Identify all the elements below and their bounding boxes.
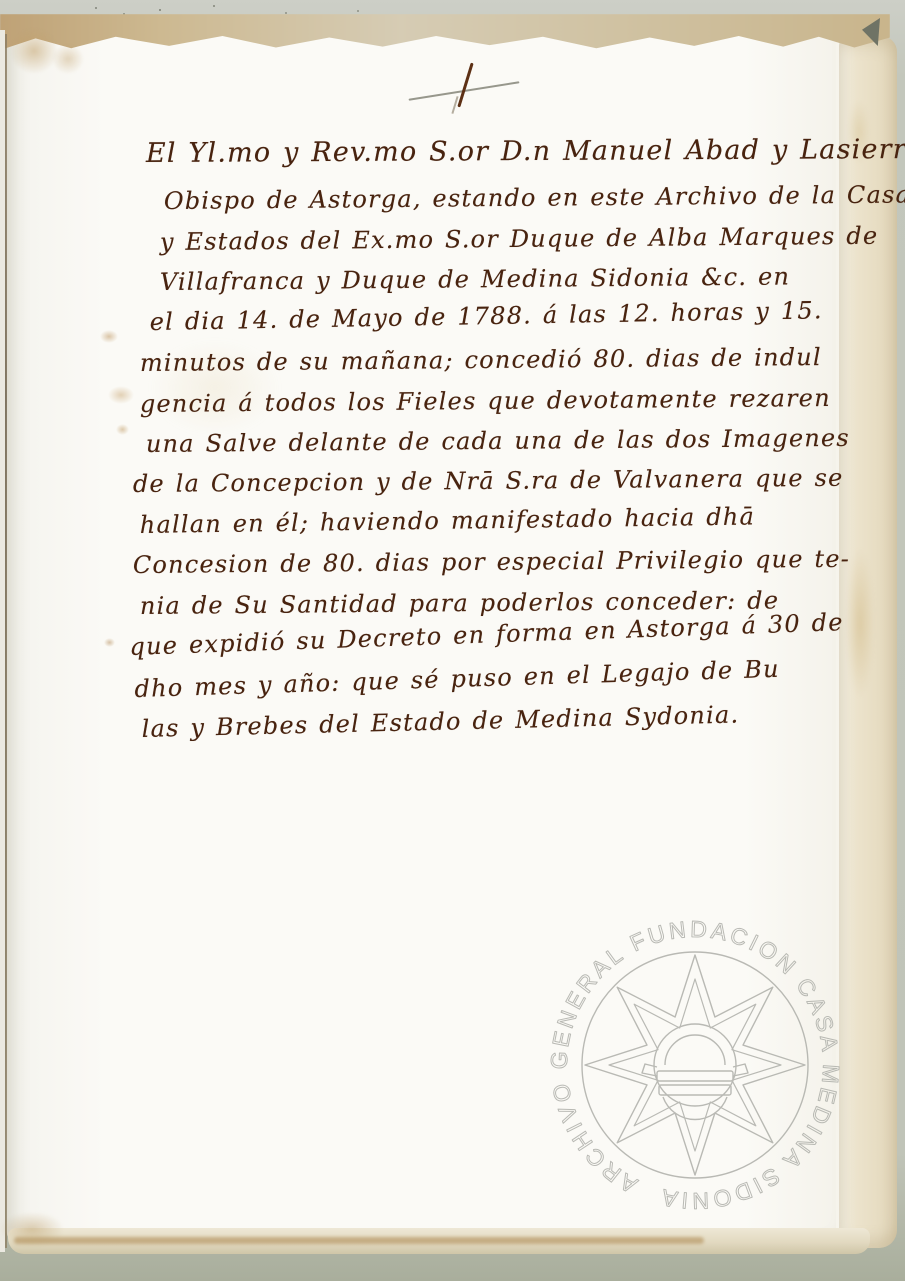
foxing-stain [10, 28, 58, 74]
binding-gutter-line [5, 34, 7, 1248]
foxing-stain [116, 424, 129, 435]
manuscript-line: minutos de su mañana; concedió 80. dias … [140, 343, 822, 377]
watermark-ring-text: ARCHIVO GENERAL FUNDACION CASA MEDINA SI… [546, 916, 845, 1214]
dust-specks [95, 7, 97, 9]
watermark-outer-circle [582, 952, 808, 1178]
watermark-cauldron-emblem [642, 1024, 748, 1120]
edge-stain [846, 548, 874, 698]
folio-cross-mark [408, 60, 526, 118]
folio-cross-ink-stroke [457, 63, 473, 108]
manuscript-scan: El Yl.mo y Rev.mo S.or D.n Manuel Abad y… [0, 0, 905, 1281]
foxing-stain [100, 330, 118, 343]
manuscript-line: El Yl.mo y Rev.mo S.or D.n Manuel Abad y… [146, 134, 905, 169]
bottom-tan-stain-line [14, 1237, 704, 1244]
foxing-stain [52, 44, 84, 74]
foxing-stain [108, 386, 134, 404]
watermark-star-outer [585, 955, 805, 1175]
archive-watermark-seal: ARCHIVO GENERAL FUNDACION CASA MEDINA SI… [545, 915, 845, 1215]
foxing-stain [0, 1212, 64, 1246]
foxing-stain [104, 638, 115, 647]
watermark-star-inner [609, 979, 781, 1151]
manuscript-line: Villafranca y Duque de Medina Sidonia &c… [160, 263, 790, 296]
